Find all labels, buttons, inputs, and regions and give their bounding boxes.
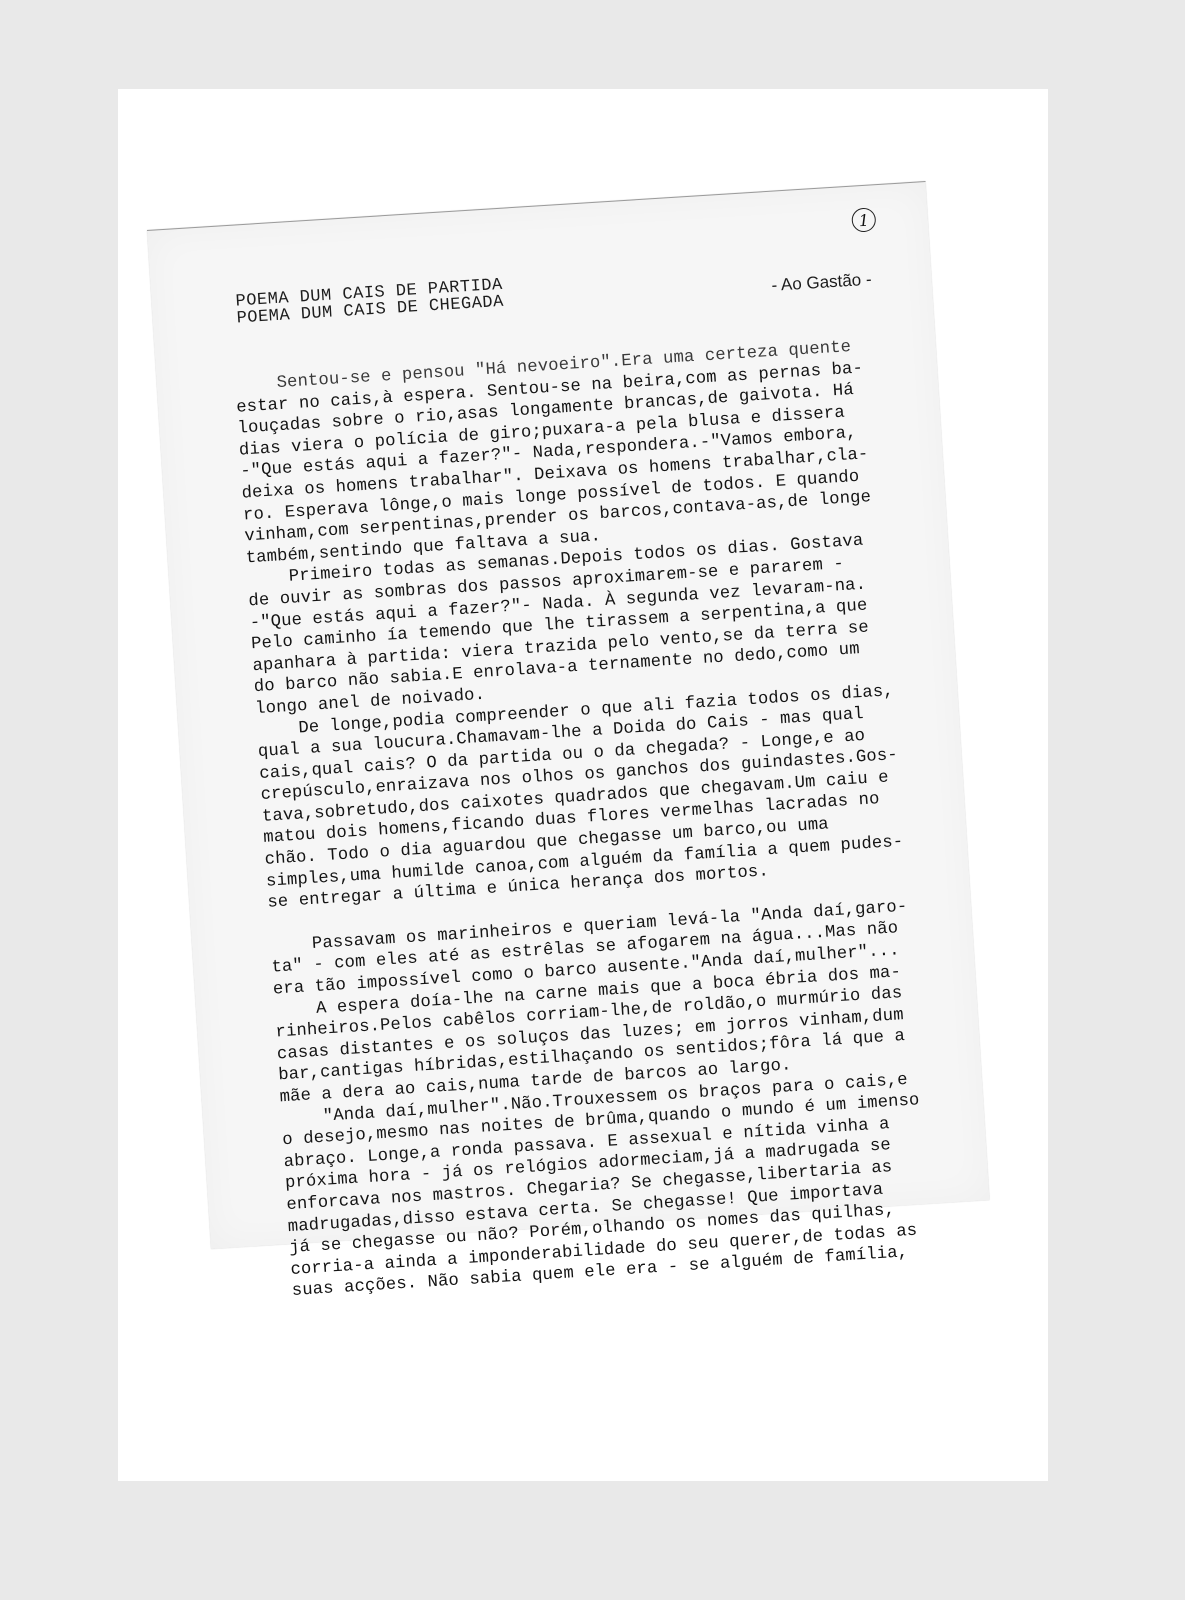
poem-body: Sentou-se e pensou "Há nevoeiro".Era uma… [234,332,981,1302]
page-number-text: 1 [858,210,869,230]
dedication: - Ao Gastão - [771,270,872,296]
page-number: 1 [851,207,876,232]
poem-title: POEMA DUM CAIS DE PARTIDA POEMA DUM CAIS… [235,277,504,328]
typewritten-page: 1 POEMA DUM CAIS DE PARTIDA POEMA DUM CA… [147,181,990,1249]
